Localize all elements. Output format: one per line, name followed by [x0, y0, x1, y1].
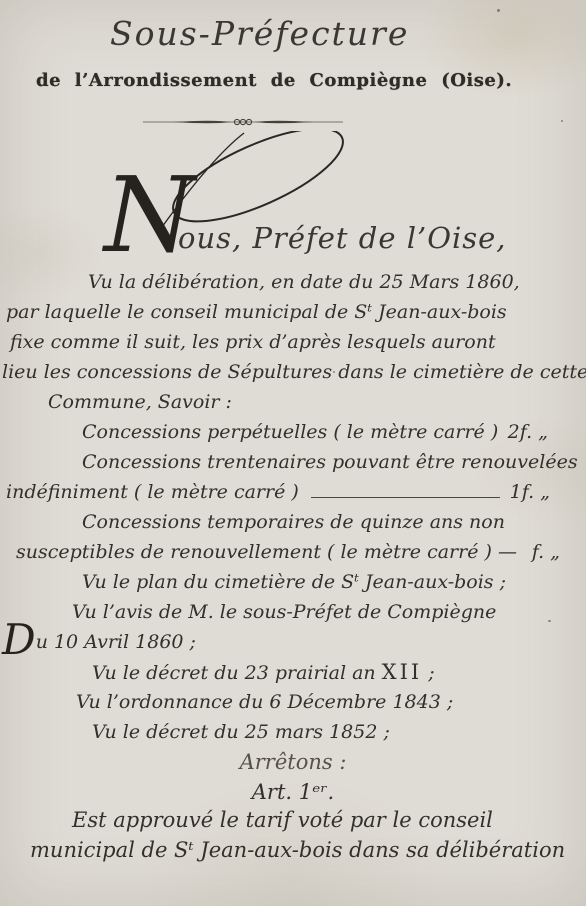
tariff-thirty-line-2: indéfiniment ( le mètre carré ) 1f. „ — [6, 477, 586, 507]
paper-speck — [333, 371, 335, 373]
paper-speck — [561, 120, 563, 122]
article-1-heading: Art. 1ᵉʳ. — [0, 777, 586, 805]
ornamental-divider — [143, 115, 343, 129]
preamble-line-2: par laquelle le conseil municipal de Sᵗ … — [6, 297, 586, 327]
tariff-temporary-line-1: Concessions temporaires de quinze ans no… — [82, 507, 586, 537]
citation-decret-an12: Vu le décret du 23 prairial anXII; — [92, 657, 586, 687]
tariff-dash-leader — [311, 497, 500, 498]
tariff-temporary-price: f. „ — [532, 537, 560, 567]
salutation-text: ous, Préfet de l’Oise, — [178, 221, 507, 255]
avis-date-text: u 10 Avril 1860 ; — [36, 631, 196, 653]
letterhead-district-line: de l’Arrondissement de Compiègne (Oise). — [36, 70, 586, 91]
preamble-line-4: lieu les concessions de Sépultures dans … — [2, 357, 586, 387]
letterhead-office-title: Sous-Préfecture — [110, 14, 586, 53]
tariff-perpetual-price: 2f. „ — [508, 417, 548, 447]
paper-speck — [497, 9, 500, 12]
paper-speck — [548, 620, 551, 622]
arretons-heading: Arrêtons : — [0, 747, 586, 777]
tariff-temporary-line-2: susceptibles de renouvellement ( le mètr… — [16, 537, 586, 567]
avis-date-initial-letter: D — [2, 615, 36, 664]
document-body: Vu la délibération, en date du 25 Mars 1… — [0, 267, 586, 865]
tariff-thirty-line-1: Concessions trentenaires pouvant être re… — [82, 447, 586, 477]
tariff-thirty-price: 1f. „ — [510, 477, 550, 507]
decret-an12-end: ; — [428, 662, 434, 684]
citation-ordonnance: Vu l’ordonnance du 6 Décembre 1843 ; — [76, 687, 586, 717]
article-1-line-2: municipal de Sᵗ Jean-aux-bois dans sa dé… — [30, 835, 586, 865]
citation-avis: Vu l’avis de M. le sous-Préfet de Compiè… — [72, 597, 586, 627]
decret-an12-text: Vu le décret du 23 prairial an — [92, 662, 376, 684]
tariff-perpetual-label: Concessions perpétuelles ( le mètre carr… — [82, 417, 498, 447]
citation-plan: Vu le plan du cimetière de Sᵗ Jean-aux-b… — [82, 567, 586, 597]
prefecture-document-page: Sous-Préfecture de l’Arrondissement de C… — [0, 0, 586, 906]
preamble-line-5: Commune, Savoir : — [48, 387, 586, 417]
citation-decret-1852: Vu le décret du 25 mars 1852 ; — [92, 717, 586, 747]
salutation-block: N ous, Préfet de l’Oise, — [0, 133, 586, 257]
citation-avis-date: Du 10 Avril 1860 ; — [2, 627, 586, 657]
tariff-thirty-label: indéfiniment ( le mètre carré ) — [6, 477, 299, 507]
article-1-line-1: Est approuvé le tarif voté par le consei… — [72, 805, 586, 835]
decret-an12-roman-numeral: XII — [382, 660, 423, 684]
tariff-temporary-label: susceptibles de renouvellement ( le mètr… — [16, 537, 517, 567]
tariff-perpetual-line: Concessions perpétuelles ( le mètre carr… — [82, 417, 586, 447]
preamble-line-3: fixe comme il suit, les prix d’après les… — [10, 327, 586, 357]
